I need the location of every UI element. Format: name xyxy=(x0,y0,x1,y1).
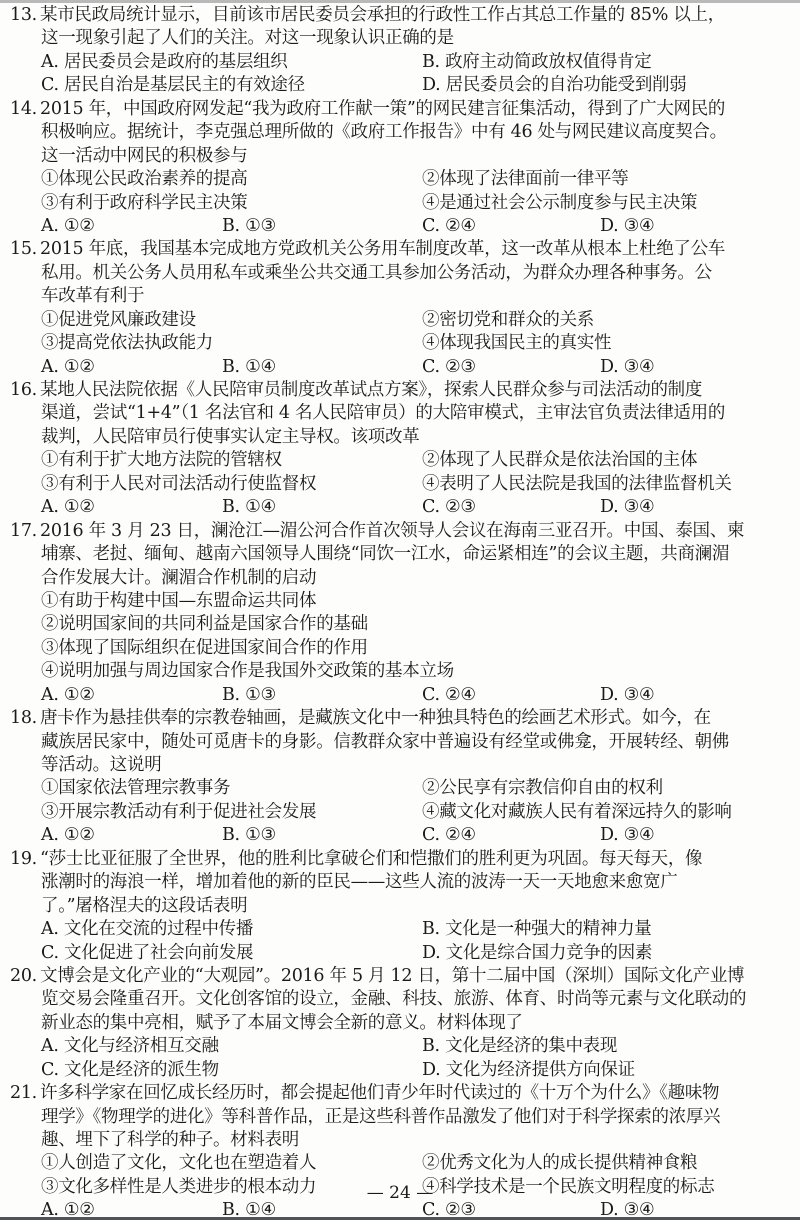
question-stem: 新业态的集中亮相，赋予了本届文博会全新的意义。材料体现了 xyxy=(0,1012,800,1035)
option-c[interactable]: C. ②④ xyxy=(422,215,476,238)
statement-3: ③有利于政府科学民主决策 xyxy=(41,192,247,215)
option-b[interactable]: B. 政府主动简政放权值得肯定 xyxy=(422,51,652,74)
option-c[interactable]: C. ②④ xyxy=(422,684,476,707)
question-number: 19. xyxy=(10,848,40,871)
question-stem: 裁判，人民陪审员行使事实认定主导权。该项改革 xyxy=(0,426,800,449)
exam-page: 13.某市民政局统计显示，目前该市居民委员会承担的行政性工作占其总工作量的 85… xyxy=(0,4,800,1220)
statement-4: ④体现我国民主的真实性 xyxy=(422,332,611,355)
question-number: 15. xyxy=(10,238,40,261)
statement-2: ②说明国家间的共同利益是国家合作的基础 xyxy=(0,613,800,636)
statement-1: ①促进党风廉政建设 xyxy=(41,309,196,332)
question-number: 17. xyxy=(10,520,40,543)
page-number: — 24 — xyxy=(0,1183,800,1203)
question-number: 20. xyxy=(10,965,40,988)
option-c[interactable]: C. ②③ xyxy=(422,496,476,519)
question-20: 20.文博会是文化产业的“大观园”。2016 年 5 月 12 日，第十二届中国… xyxy=(0,965,800,1082)
option-a[interactable]: A. 文化与经济相互交融 xyxy=(41,1035,219,1058)
question-stem: 藏族居民家中，随处可觅唐卡的身影。信教群众家中普遍设有经堂或佛龛，开展转经、朝佛 xyxy=(0,731,800,754)
question-number: 13. xyxy=(10,4,40,27)
option-a[interactable]: A. ①② xyxy=(41,684,95,707)
option-d[interactable]: D. 文化为经济提供方向保证 xyxy=(422,1059,635,1082)
statement-3: ③体现了国际组织在促进国家间合作的作用 xyxy=(0,637,800,660)
option-d[interactable]: D. ③④ xyxy=(600,684,654,707)
option-d[interactable]: D. ③④ xyxy=(600,824,654,847)
question-stem: 理学》《物理学的进化》等科普作品，正是这些科普作品激发了他们对于科学探索的浓厚兴 xyxy=(0,1106,800,1129)
option-c[interactable]: C. 文化促进了社会向前发展 xyxy=(41,942,253,965)
statement-2: ②密切党和群众的关系 xyxy=(422,309,594,332)
question-15: 15.2015 年底，我国基本完成地方党政机关公务用车制度改革，这一改革从根本上… xyxy=(0,238,800,379)
question-stem: 合作发展大计。澜湄合作机制的启动 xyxy=(0,567,800,590)
statement-3: ③有利于人民对司法活动行使监督权 xyxy=(41,473,316,496)
option-d[interactable]: D. ③④ xyxy=(600,356,654,379)
option-d[interactable]: D. ③④ xyxy=(600,215,654,238)
option-a[interactable]: A. ①② xyxy=(41,215,95,238)
option-c[interactable]: C. 居民自治是基层民主的有效途径 xyxy=(41,74,305,97)
statement-1: ①人创造了文化，文化也在塑造着人 xyxy=(41,1152,316,1175)
question-number: 18. xyxy=(10,707,40,730)
statement-2: ②体现了人民群众是依法治国的主体 xyxy=(422,449,697,472)
statement-3: ③提高党依法执政能力 xyxy=(41,332,213,355)
question-number: 21. xyxy=(10,1082,40,1105)
question-18: 18.唐卡作为悬挂供奉的宗教卷轴画，是藏族文化中一种独具特色的绘画艺术形式。如今… xyxy=(0,707,800,848)
statement-4: ④说明加强与周边国家合作是我国外交政策的基本立场 xyxy=(0,660,800,683)
statement-1: ①国家依法管理宗教事务 xyxy=(41,777,230,800)
top-border xyxy=(0,0,800,3)
question-stem: 文博会是文化产业的“大观园”。2016 年 5 月 12 日，第十二届中国（深圳… xyxy=(40,966,744,986)
question-17: 17.2016 年 3 月 23 日，澜沧江—湄公河合作首次领导人会议在海南三亚… xyxy=(0,520,800,708)
question-stem: 等活动。这说明 xyxy=(0,754,800,777)
statement-4: ④是通过社会公示制度参与民主决策 xyxy=(422,192,697,215)
option-a[interactable]: A. ①② xyxy=(41,496,95,519)
statement-1: ①有助于构建中国—东盟命运共同体 xyxy=(0,590,800,613)
question-13: 13.某市民政局统计显示，目前该市居民委员会承担的行政性工作占其总工作量的 85… xyxy=(0,4,800,98)
question-stem: 了。”屠格涅夫的这段话表明 xyxy=(0,895,800,918)
option-d[interactable]: D. ③④ xyxy=(600,496,654,519)
question-stem: 这一活动中网民的积极参与 xyxy=(0,145,800,168)
statement-1: ①有利于扩大地方法院的管辖权 xyxy=(41,449,282,472)
option-b[interactable]: B. ①③ xyxy=(222,824,276,847)
option-b[interactable]: B. ①④ xyxy=(222,356,276,379)
statement-4: ④表明了人民法院是我国的法律监督机关 xyxy=(422,473,732,496)
question-stem: 这一现象引起了人们的关注。对这一现象认识正确的是 xyxy=(0,27,800,50)
question-stem: 许多科学家在回忆成长经历时，都会提起他们青少年时代读过的《十万个为什么》《趣味物 xyxy=(40,1083,719,1103)
question-stem: 积极响应。据统计，李克强总理所做的《政府工作报告》中有 46 处与网民建议高度契… xyxy=(0,121,800,144)
question-stem: 2016 年 3 月 23 日，澜沧江—湄公河合作首次领导人会议在海南三亚召开。… xyxy=(40,521,744,541)
statement-1: ①体现公民政治素养的提高 xyxy=(41,168,247,191)
option-b[interactable]: B. 文化是一种强大的精神力量 xyxy=(422,918,652,941)
option-c[interactable]: C. ②④ xyxy=(422,824,476,847)
question-14: 14.2015 年，中国政府网发起“我为政府工作献一策”的网民建言征集活动，得到… xyxy=(0,98,800,239)
question-stem: 涨潮时的海浪一样，增加着他的新的臣民——这些人流的波涛一天一天地愈来愈宽广 xyxy=(0,871,800,894)
option-a[interactable]: A. 文化在交流的过程中传播 xyxy=(41,918,253,941)
question-stem: 趣、埋下了科学的种子。材料表明 xyxy=(0,1129,800,1152)
question-stem: 私用。机关公务人员用私车或乘坐公共交通工具参加公务活动，为群众办理各种事务。公 xyxy=(0,262,800,285)
statement-2: ②体现了法律面前一律平等 xyxy=(422,168,628,191)
option-b[interactable]: B. 文化是经济的集中表现 xyxy=(422,1035,617,1058)
question-number: 14. xyxy=(10,98,40,121)
question-stem: 2015 年底，我国基本完成地方党政机关公务用车制度改革，这一改革从根本上杜绝了… xyxy=(40,239,725,259)
option-c[interactable]: C. ②③ xyxy=(422,356,476,379)
question-stem: 埔寨、老挝、缅甸、越南六国领导人围绕“同饮一江水，命运紧相连”的会议主题，共商澜… xyxy=(0,543,800,566)
option-d[interactable]: D. 文化是综合国力竞争的因素 xyxy=(422,942,652,965)
question-stem: 唐卡作为悬挂供奉的宗教卷轴画，是藏族文化中一种独具特色的绘画艺术形式。如今，在 xyxy=(40,708,711,728)
statement-4: ④藏文化对藏族人民有着深远持久的影响 xyxy=(422,801,732,824)
option-d[interactable]: D. 居民委员会的自治功能受到削弱 xyxy=(422,74,686,97)
question-number: 16. xyxy=(10,379,40,402)
question-stem: 车改革有利于 xyxy=(0,285,800,308)
option-a[interactable]: A. ①② xyxy=(41,356,95,379)
statement-3: ③开展宗教活动有利于促进社会发展 xyxy=(41,801,316,824)
option-b[interactable]: B. ①③ xyxy=(222,684,276,707)
question-stem: 渠道，尝试“1+4”（1 名法官和 4 名人民陪审员）的大陪审模式，主审法官负责… xyxy=(0,402,800,425)
question-stem: 某市民政局统计显示，目前该市居民委员会承担的行政性工作占其总工作量的 85% 以… xyxy=(40,5,725,25)
question-stem: 某地人民法院依据《人民陪审员制度改革试点方案》，探索人民群众参与司法活动的制度 xyxy=(40,380,702,400)
question-19: 19.“莎士比亚征服了全世界，他的胜利比拿破仑们和恺撒们的胜利更为巩固。每天每天… xyxy=(0,848,800,965)
question-16: 16.某地人民法院依据《人民陪审员制度改革试点方案》，探索人民群众参与司法活动的… xyxy=(0,379,800,520)
option-a[interactable]: A. ①② xyxy=(41,824,95,847)
question-stem: 2015 年，中国政府网发起“我为政府工作献一策”的网民建言征集活动，得到了广大… xyxy=(40,99,725,119)
statement-2: ②公民享有宗教信仰自由的权利 xyxy=(422,777,663,800)
statement-2: ②优秀文化为人的成长提供精神食粮 xyxy=(422,1152,697,1175)
question-stem: 览交易会隆重召开。文化创客馆的设立，金融、科技、旅游、体育、时尚等元素与文化联动… xyxy=(0,988,800,1011)
question-stem: “莎士比亚征服了全世界，他的胜利比拿破仑们和恺撒们的胜利更为巩固。每天每天，像 xyxy=(40,849,702,869)
option-c[interactable]: C. 文化是经济的派生物 xyxy=(41,1059,219,1082)
option-b[interactable]: B. ①③ xyxy=(222,215,276,238)
option-b[interactable]: B. ①④ xyxy=(222,496,276,519)
option-a[interactable]: A. 居民委员会是政府的基层组织 xyxy=(41,51,287,74)
